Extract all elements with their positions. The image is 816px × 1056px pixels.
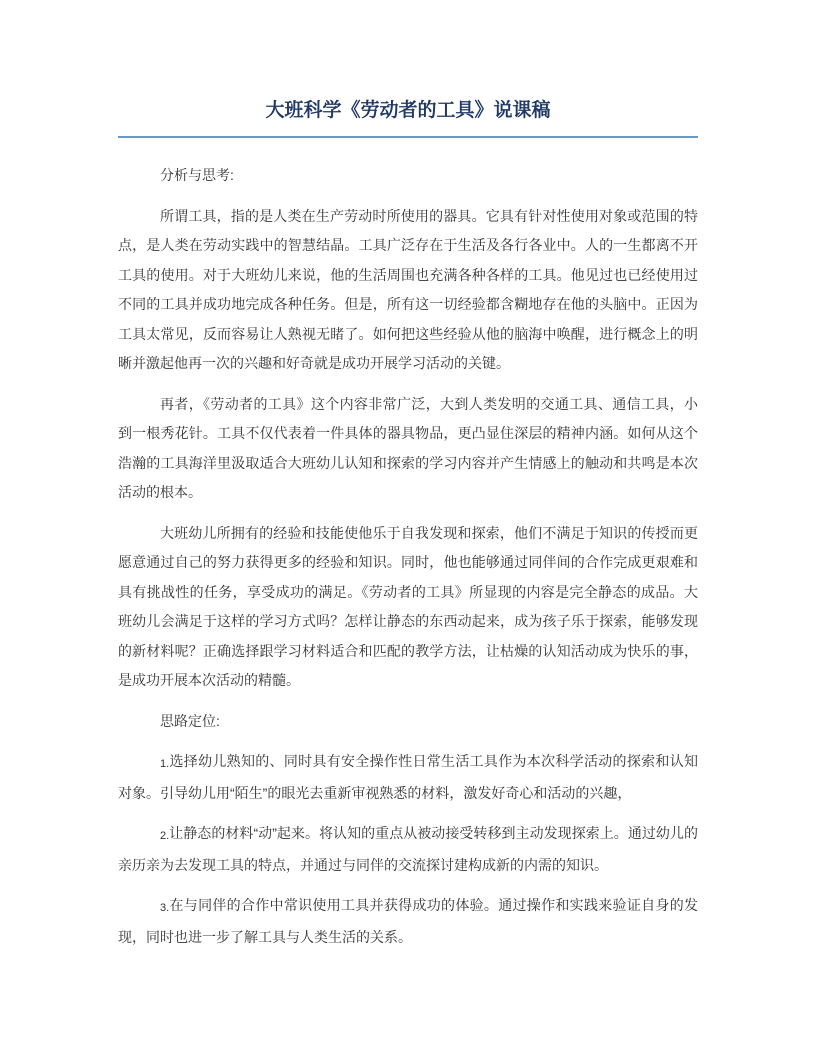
analysis-paragraph-1: 所谓工具，指的是人类在生产劳动时所使用的器具。它具有针对性使用对象或范围的特点，… (118, 202, 698, 379)
item-text: 让静态的材料“动”起来。将认知的重点从被动接受转移到主动发现探索上。通过幼儿的亲… (118, 825, 698, 873)
item-text: 选择幼儿熟知的、同时具有安全操作性日常生活工具作为本次科学活动的探索和认知对象。… (118, 753, 698, 801)
positioning-item-2: 2.让静态的材料“动”起来。将认知的重点从被动接受转移到主动发现探索上。通过幼儿… (118, 819, 698, 880)
analysis-paragraph-3: 大班幼儿所拥有的经验和技能使他乐于自我发现和探索，他们不满足于知识的传授而更愿意… (118, 519, 698, 696)
analysis-paragraph-2: 再者，《劳动者的工具》这个内容非常广泛，大到人类发明的交通工具、通信工具，小到一… (118, 390, 698, 508)
item-text: 在与同伴的合作中常识使用工具并获得成功的体验。通过操作和实践来验证自身的发现，同… (118, 897, 698, 945)
positioning-item-1: 1.选择幼儿熟知的、同时具有安全操作性日常生活工具作为本次科学活动的探索和认知对… (118, 747, 698, 808)
section-heading-positioning: 思路定位: (118, 707, 698, 737)
item-number: 2. (160, 830, 169, 842)
section-heading-analysis: 分析与思考: (118, 161, 698, 191)
page-title: 大班科学《劳动者的工具》说课稿 (118, 97, 698, 138)
document-page: 大班科学《劳动者的工具》说课稿 分析与思考: 所谓工具，指的是人类在生产劳动时所… (0, 0, 816, 1056)
item-number: 3. (160, 902, 169, 914)
positioning-item-3: 3.在与同伴的合作中常识使用工具并获得成功的体验。通过操作和实践来验证自身的发现… (118, 891, 698, 952)
item-number: 1. (160, 758, 169, 770)
